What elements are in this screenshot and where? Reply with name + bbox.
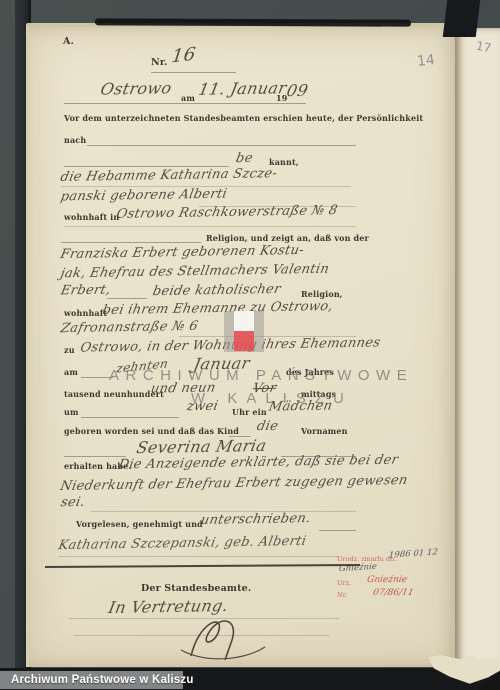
hand-midwife-1: die Hebamme Katharina Szcze- [59, 166, 278, 185]
form-line-am: am [64, 367, 78, 377]
form-line-vornamen: Vornamen [301, 426, 348, 436]
record-number-label: Nr. [151, 57, 168, 68]
archive-watermark-line1: ARCHIWUM PAŃSTWOWE [109, 367, 413, 384]
form-corner-letter: A. [63, 36, 74, 47]
record-number-value: 16 [170, 44, 197, 68]
death-annotation-stamp: Urodz. zmarła dn. 1986 01 12 Gnieźnie Ur… [337, 553, 455, 615]
form-line-uhr-ein: Uhr ein [232, 407, 267, 417]
hand-mother-3: Erbert, [59, 283, 111, 299]
deputy-signature-flourish [179, 610, 269, 662]
form-line-um: um [64, 407, 79, 417]
hand-die: die [255, 419, 279, 434]
archive-watermark-line2: W KALISZU [191, 390, 353, 407]
hand-address-1: Ostrowo Raschkowerstraße № 8 [115, 203, 339, 222]
stamp-print-office: Urz. [337, 579, 351, 587]
hand-declaration-2: Niederkunft der Ehefrau Erbert zugegen g… [59, 473, 409, 494]
record-date: 11. Januar [197, 78, 288, 99]
stamp-hand-place: Gnieźnie [339, 562, 378, 575]
hand-mother-1: Franziska Erbert geborenen Kostu- [59, 243, 305, 262]
hand-mother-3b: beide katholischer [151, 282, 282, 299]
stamp-hand-act-number: 07/86/11 [372, 588, 414, 598]
pencil-folio-next: 17 [475, 39, 493, 56]
hand-mother-2: jak, Ehefrau des Stellmachers Valentin [59, 262, 330, 282]
footer-archive-name: Archiwum Państwowe w Kaliszu [11, 674, 194, 686]
form-line-wohnhaft-in: wohnhaft in [64, 212, 119, 222]
hand-midwife-2: panski geborene Alberti [59, 187, 228, 205]
hand-unterschrieben: unterschrieben. [199, 511, 312, 528]
form-line-nach: nach [64, 135, 86, 145]
form-line-religion-2: Religion, [301, 289, 343, 299]
form-line-religion-1: Religion, und zeigt an, daß von der [206, 233, 369, 243]
book-gutter-shadow [95, 18, 411, 26]
registry-form-page: A. 14 Nr. 16 Ostrowo am 11. Januar 19 09… [26, 23, 458, 667]
hand-residence-1: bei ihrem Ehemanne zu Ostrowo, [101, 299, 334, 318]
record-place: Ostrowo [99, 78, 173, 98]
next-page-edge: 17 [455, 28, 500, 664]
stamp-hand-date: 1986 01 12 [388, 547, 438, 560]
form-line-zu: zu [64, 345, 75, 355]
form-line-geboren: geboren worden sei und daß das Kind [64, 426, 239, 436]
stamp-hand-office: Gnieźnie [366, 575, 408, 585]
hand-child-name: Severina Maria [135, 436, 268, 457]
year-hand: 09 [285, 81, 310, 100]
page-gap-notch [443, 0, 481, 37]
hand-residence-2: Zafronanstraße № 6 [59, 319, 199, 336]
stamp-print-nr: Nr. [337, 591, 347, 599]
hand-signature: Katharina Szczepanski, geb. Alberti [57, 534, 308, 553]
form-official-title: Der Standesbeamte. [141, 583, 251, 594]
hand-be: be [235, 151, 255, 166]
form-line-vorgelesen: Vorgelesen, genehmigt und [76, 519, 203, 529]
archive-logo [224, 311, 264, 352]
hand-declaration-3: sei. [59, 495, 86, 510]
pencil-folio-number: 14 [416, 52, 435, 70]
footer-label-box: Archiwum Państwowe w Kaliszu [0, 671, 183, 689]
form-line-appeared: Vor dem unterzeichneten Standesbeamten e… [64, 113, 423, 123]
